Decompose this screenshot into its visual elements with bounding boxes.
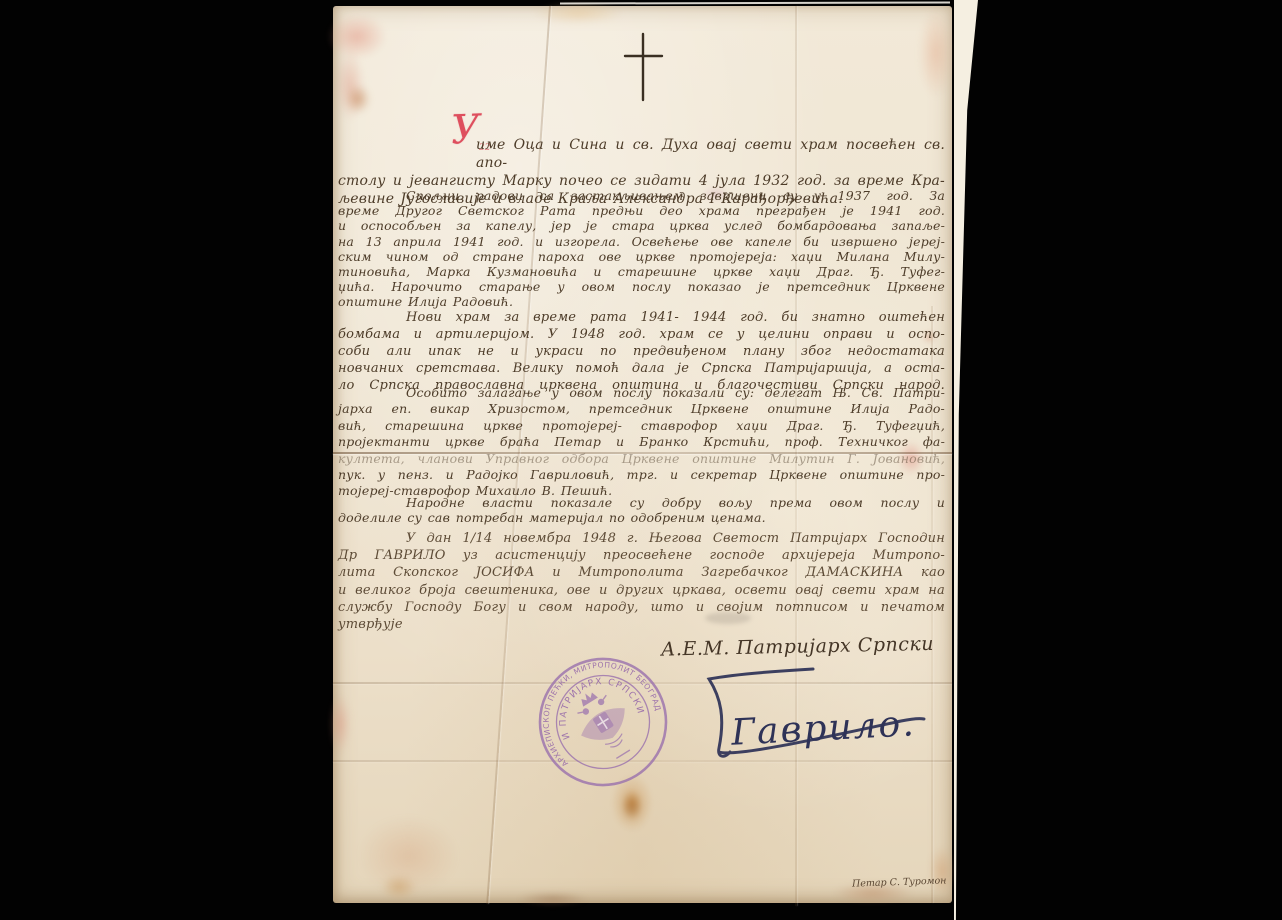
text-line: џића. Нарочито старање у овом послу пока… — [338, 279, 945, 294]
text-line: и оспособљен за капелу, јер је стара црк… — [338, 218, 945, 233]
paper-stain — [533, 2, 623, 24]
paper-stain — [335, 51, 365, 121]
text-line: јарха еп. викар Хризостом, претседник Цр… — [338, 401, 945, 417]
text-line: вић, старешина цркве протојереј- ставроф… — [338, 418, 945, 434]
text-line: пројектанти цркве браћа Петар и Бранко К… — [338, 434, 945, 450]
text-line: и великог броја свештеника, ове и других… — [338, 582, 945, 599]
signature-name-text: Гаврило. — [729, 703, 916, 754]
text-line: лита Скопског ЈОСИФА и Митрополита Загре… — [338, 564, 945, 581]
text-line: Народне власти показале су добру вољу пр… — [338, 495, 945, 510]
signature-gavrilo: Гаврило. — [673, 656, 973, 776]
paper-stain — [918, 8, 954, 98]
text-line: бомбама и артилеријом. У 1948 год. храм … — [338, 326, 945, 343]
paper-stain — [518, 892, 588, 906]
text-line: Спољни радови са застакљивањем завршени … — [338, 188, 945, 203]
cross-symbol — [621, 30, 669, 106]
paper-stain — [345, 84, 371, 114]
paragraph: У дан 1/14 новембра 1948 г. Његова Свето… — [338, 530, 945, 633]
text-line: култета, чланови Управног одбора Црквене… — [338, 451, 945, 467]
text-line: службу Господу Богу и свом народу, што и… — [338, 599, 945, 633]
text-line: соби али ипак не и украси по предвиђеном… — [338, 343, 945, 360]
text-line: пук. у пенз. и Радојко Гавриловић, трг. … — [338, 467, 945, 483]
paper-stain — [329, 694, 351, 754]
text-line: У дан 1/14 новембра 1948 г. Његова Свето… — [338, 530, 945, 547]
scan-edge-strip — [954, 0, 978, 920]
text-line: тиновића, Марка Кузмановића и старешине … — [338, 264, 945, 279]
document-paper: У 22 име Оца и Сина и св. Духа овај свет… — [333, 6, 952, 903]
text-line: време Другог Светског Рата предњи део хр… — [338, 203, 945, 218]
text-line: Нови храм за време рата 1941- 1944 год. … — [338, 309, 945, 326]
paragraph: Спољни радови са застакљивањем завршени … — [338, 188, 945, 310]
pencil-smudge — [705, 612, 751, 624]
text-line: доделиле су сав потребан материјал по од… — [338, 510, 945, 525]
paragraph: Нови храм за време рата 1941- 1944 год. … — [338, 309, 945, 394]
paragraph: Особито залагање у овом послу показали с… — [338, 385, 945, 500]
text-line: на 13 априла 1941 год. и изгорела. Освећ… — [338, 234, 945, 249]
paper-stain — [381, 874, 417, 900]
scan-background: У 22 име Оца и Сина и св. Духа овај свет… — [0, 0, 1282, 920]
paper-stain — [327, 14, 387, 59]
paragraph: Народне власти показале су добру вољу пр… — [338, 495, 945, 525]
text-line: новчаних сретстава. Велику помоћ дала је… — [338, 360, 945, 377]
text-line: ским чином од стране пароха ове цркве пр… — [338, 249, 945, 264]
tape-stain-core — [621, 792, 643, 822]
text-line: Особито залагање у овом послу показали с… — [338, 385, 945, 401]
text-line: име Оца и Сина и св. Духа овај свети хра… — [338, 136, 945, 172]
text-line: Др ГАВРИЛО уз асистенцију преосвећене го… — [338, 547, 945, 564]
paper-stain — [358, 816, 458, 896]
text-line: општине Илија Радовић. — [338, 294, 945, 309]
scan-edge-hairline — [560, 1, 950, 4]
